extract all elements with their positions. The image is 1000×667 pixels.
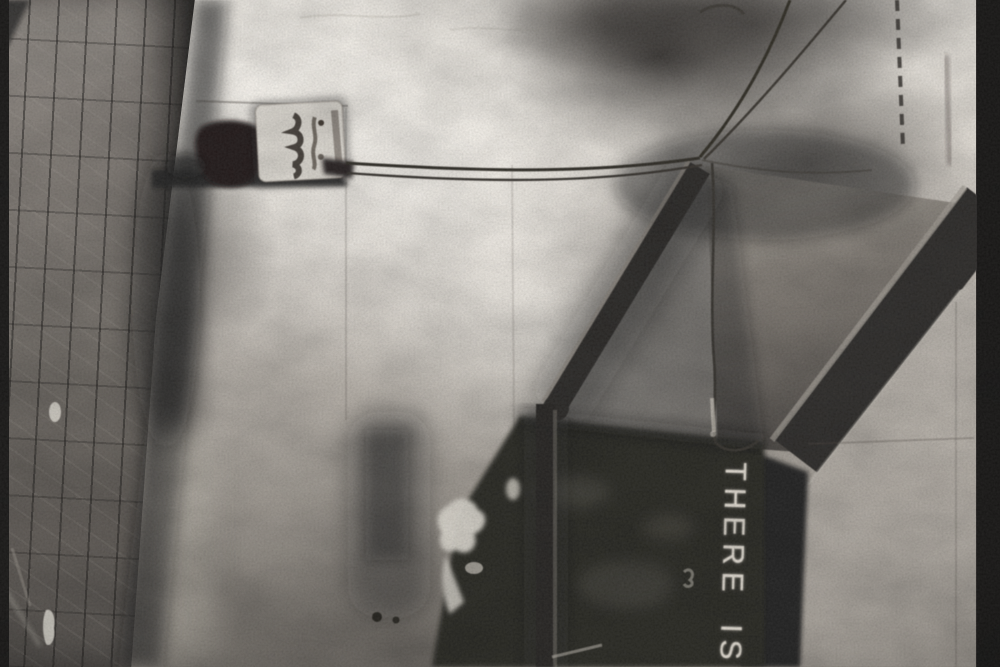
photograph: THERE IS: [0, 0, 1000, 667]
vignette: [0, 0, 1000, 667]
